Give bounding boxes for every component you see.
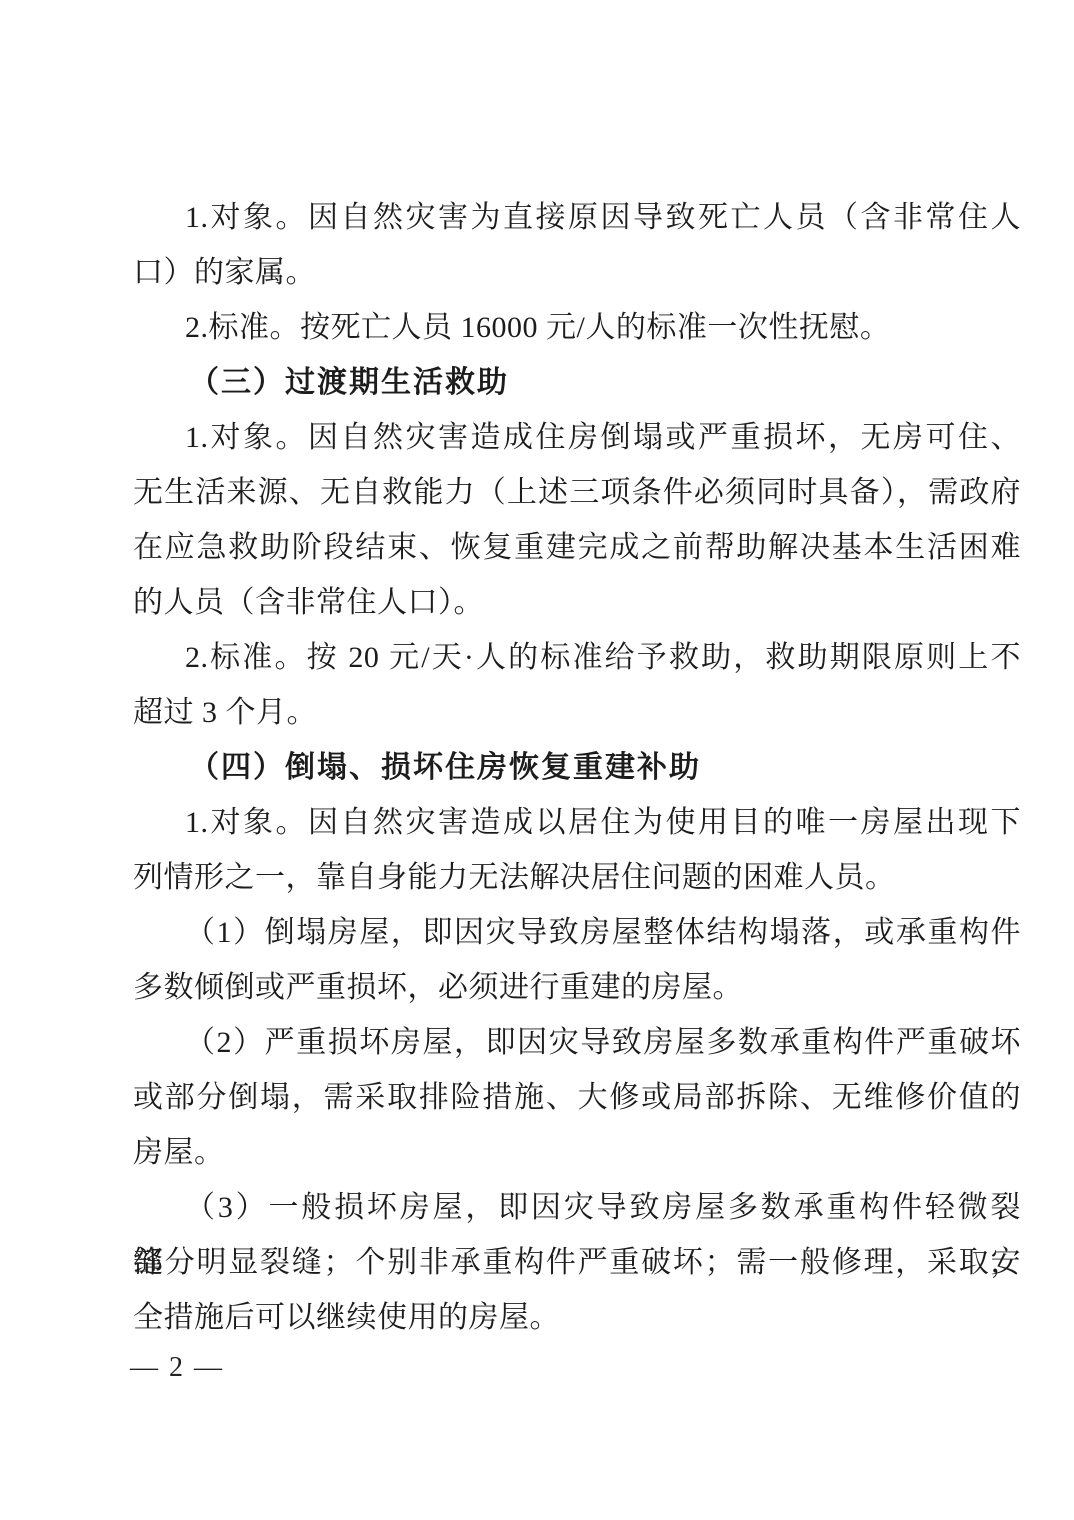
text-line: 在应急救助阶段结束、恢复重建完成之前帮助解决基本生活困难 (133, 520, 1021, 575)
section-heading-3: （三）过渡期生活救助 (133, 355, 1021, 410)
text-line: 的人员（含非常住人口）。 (133, 575, 1021, 630)
text-line: 部分明显裂缝；个别非承重构件严重破坏；需一般修理，采取安 (133, 1235, 1021, 1290)
text-line: 或部分倒塌，需采取排险措施、大修或局部拆除、无维修价值的 (133, 1070, 1021, 1125)
section-heading-text: （三）过渡期生活救助 (133, 355, 1021, 410)
text-line: 1.对象。因自然灾害造成以居住为使用目的唯一房屋出现下 (133, 795, 1021, 850)
text-line: 房屋。 (133, 1125, 1021, 1180)
text-line: （2）严重损坏房屋，即因灾导致房屋多数承重构件严重破坏 (133, 1015, 1021, 1070)
paragraph-transition-relief-standard: 2.标准。按 20 元/天·人的标准给予救助，救助期限原则上不 超过 3 个月。 (133, 630, 1021, 740)
document-page: 1.对象。因自然灾害为直接原因导致死亡人员（含非常住人 口）的家属。 2.标准。… (0, 0, 1074, 1520)
paragraph-rebuild-subsidy-object: 1.对象。因自然灾害造成以居住为使用目的唯一房屋出现下 列情形之一，靠自身能力无… (133, 795, 1021, 905)
paragraph-severely-damaged-housing: （2）严重损坏房屋，即因灾导致房屋多数承重构件严重破坏 或部分倒塌，需采取排险措… (133, 1015, 1021, 1180)
page-number: — 2 — (130, 1348, 224, 1388)
paragraph-death-subsidy-standard: 2.标准。按死亡人员 16000 元/人的标准一次性抚慰。 (133, 300, 1021, 355)
text-line: 无生活来源、无自救能力（上述三项条件必须同时具备），需政府 (133, 465, 1021, 520)
text-line: 多数倾倒或严重损坏，必须进行重建的房屋。 (133, 960, 1021, 1015)
paragraph-death-subsidy-object: 1.对象。因自然灾害为直接原因导致死亡人员（含非常住人 口）的家属。 (133, 190, 1021, 300)
text-line: 1.对象。因自然灾害为直接原因导致死亡人员（含非常住人 (133, 190, 1021, 245)
text-line: 口）的家属。 (133, 245, 1021, 300)
text-line: 2.标准。按死亡人员 16000 元/人的标准一次性抚慰。 (133, 300, 1021, 355)
paragraph-collapsed-housing: （1）倒塌房屋，即因灾导致房屋整体结构塌落，或承重构件 多数倾倒或严重损坏，必须… (133, 905, 1021, 1015)
text-line: （3）一般损坏房屋，即因灾导致房屋多数承重构件轻微裂缝， (133, 1180, 1021, 1235)
text-line: （1）倒塌房屋，即因灾导致房屋整体结构塌落，或承重构件 (133, 905, 1021, 960)
text-line: 列情形之一，靠自身能力无法解决居住问题的困难人员。 (133, 850, 1021, 905)
document-body: 1.对象。因自然灾害为直接原因导致死亡人员（含非常住人 口）的家属。 2.标准。… (133, 190, 1021, 1345)
text-line: 1.对象。因自然灾害造成住房倒塌或严重损坏，无房可住、 (133, 410, 1021, 465)
text-line: 2.标准。按 20 元/天·人的标准给予救助，救助期限原则上不 (133, 630, 1021, 685)
section-heading-4: （四）倒塌、损坏住房恢复重建补助 (133, 740, 1021, 795)
section-heading-text: （四）倒塌、损坏住房恢复重建补助 (133, 740, 1021, 795)
paragraph-generally-damaged-housing: （3）一般损坏房屋，即因灾导致房屋多数承重构件轻微裂缝， 部分明显裂缝；个别非承… (133, 1180, 1021, 1345)
text-line: 全措施后可以继续使用的房屋。 (133, 1290, 1021, 1345)
text-line: 超过 3 个月。 (133, 685, 1021, 740)
paragraph-transition-relief-object: 1.对象。因自然灾害造成住房倒塌或严重损坏，无房可住、 无生活来源、无自救能力（… (133, 410, 1021, 630)
